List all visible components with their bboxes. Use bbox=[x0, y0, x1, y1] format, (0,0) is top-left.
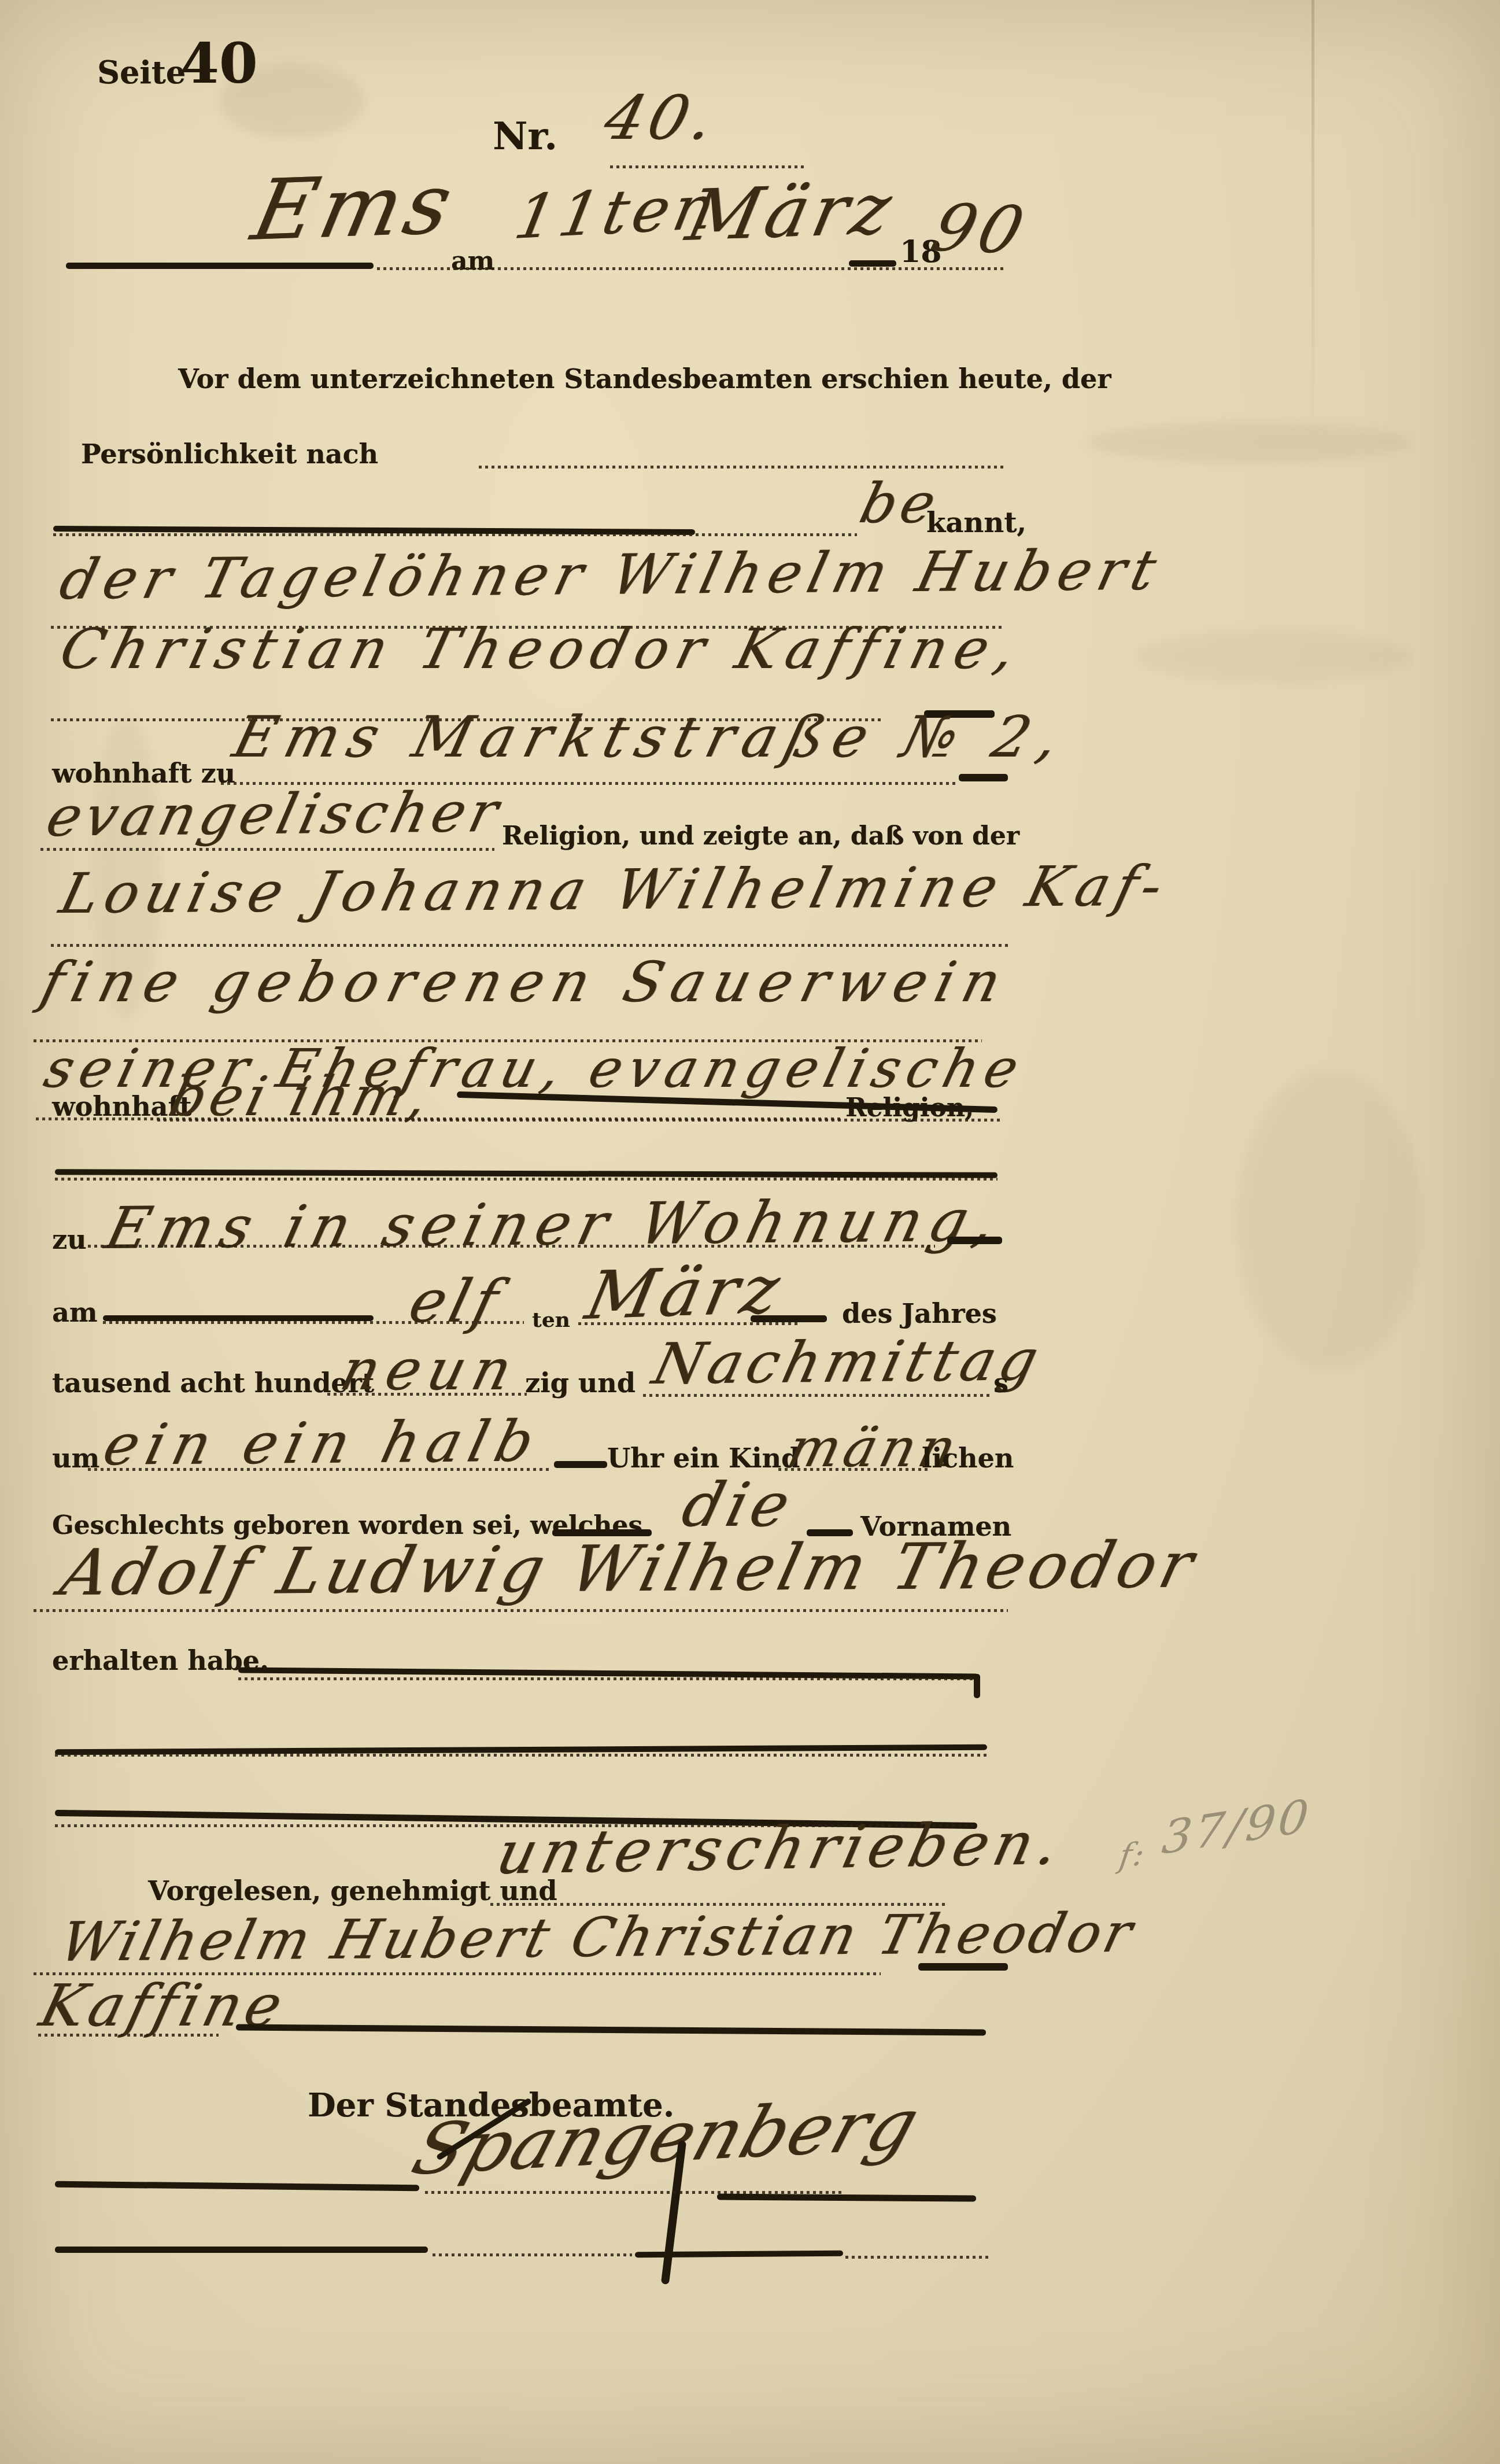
received-printed: erhalten habe. bbox=[52, 1647, 269, 1674]
article-handwritten: die bbox=[677, 1475, 800, 1536]
dateline-month: März bbox=[681, 174, 902, 251]
birthplace-label: zu bbox=[52, 1226, 87, 1253]
child-given-names: Adolf Ludwig Wilhelm Theodor bbox=[55, 1533, 1204, 1604]
declarant-residence: Ems Marktstraße № 2, bbox=[228, 709, 1073, 766]
ink-stroke bbox=[55, 2181, 419, 2192]
dotted-rule bbox=[88, 1245, 935, 1248]
dotted-rule bbox=[40, 848, 494, 851]
declarant-line2: Christian Theodor Kaffine, bbox=[55, 621, 1029, 677]
ink-stroke bbox=[717, 2193, 976, 2201]
sex-suffix-printed: lichen bbox=[922, 1445, 1014, 1471]
dotted-rule bbox=[55, 1754, 987, 1757]
dotted-rule bbox=[157, 1119, 1002, 1122]
ink-dash bbox=[751, 1315, 827, 1322]
year-tens-handwritten: neun bbox=[335, 1342, 525, 1399]
ink-filler-line bbox=[236, 2024, 986, 2035]
entry-number-value: 40. bbox=[598, 88, 724, 149]
ink-stroke-hook bbox=[974, 1674, 980, 1698]
mother-residence: bei ihm, bbox=[164, 1070, 438, 1124]
dotted-rule bbox=[53, 533, 857, 536]
dateline-place: Ems bbox=[246, 162, 463, 253]
pencil-note-prefix: f: bbox=[1117, 1838, 1148, 1873]
year-join-printed: zig und bbox=[525, 1370, 636, 1396]
dotted-rule bbox=[38, 2034, 219, 2037]
ink-dash bbox=[947, 1237, 1002, 1244]
dateline-am-label: am bbox=[451, 249, 494, 274]
mother-line2: fine geborenen Sauerwein bbox=[36, 954, 1015, 1010]
time-uhr-printed: Uhr ein Kind bbox=[607, 1445, 800, 1471]
dotted-rule bbox=[88, 1468, 551, 1471]
intro-line1: Vor dem unterzeichneten Standesbeamten e… bbox=[178, 366, 1111, 392]
ink-dash bbox=[554, 1461, 607, 1468]
birthdate-day-suffix: ten bbox=[532, 1310, 570, 1330]
ink-stroke bbox=[66, 263, 374, 269]
ink-dash bbox=[959, 774, 1008, 781]
paper-smudge bbox=[1133, 630, 1411, 683]
ink-stroke bbox=[55, 2247, 428, 2253]
daytime-suffix-printed: s bbox=[993, 1370, 1008, 1396]
page-label: Seite bbox=[97, 57, 186, 88]
birthdate-am-label: am bbox=[52, 1299, 97, 1326]
declarant-signature-line1: Wilhelm Hubert Christian Theodor bbox=[55, 1906, 1140, 1970]
known-printed: kannt, bbox=[926, 509, 1026, 537]
declarant-religion-printed: Religion, und zeigte an, daß von der bbox=[502, 824, 1019, 849]
time-handwritten: ein ein halb bbox=[98, 1413, 547, 1474]
birthdate-day: elf bbox=[404, 1272, 508, 1331]
declarant-line1: der Tagelöhner Wilhelm Hubert bbox=[55, 542, 1168, 607]
dateline-year: 90 bbox=[925, 196, 1035, 263]
dotted-rule bbox=[55, 1178, 997, 1181]
ink-dash bbox=[849, 260, 896, 267]
closing-handwritten: unterschrieben. bbox=[492, 1814, 1070, 1883]
dotted-rule bbox=[377, 267, 1004, 270]
dotted-rule bbox=[327, 1393, 527, 1396]
dotted-rule bbox=[479, 466, 1005, 469]
year-prefix-printed: tausend acht hundert bbox=[52, 1370, 374, 1396]
mother-line1: Louise Johanna Wilhelmine Kaf- bbox=[55, 858, 1174, 921]
dotted-rule bbox=[238, 1677, 978, 1680]
dotted-rule bbox=[433, 2253, 632, 2256]
ink-stroke bbox=[635, 2251, 843, 2258]
intro-line2: Persönlichkeit nach bbox=[81, 441, 378, 467]
page-number: 40 bbox=[180, 36, 258, 91]
dotted-rule bbox=[34, 1609, 1008, 1612]
dotted-rule bbox=[51, 944, 1008, 947]
birthdate-year-label: des Jahres bbox=[842, 1300, 997, 1327]
dotted-rule bbox=[845, 2256, 990, 2259]
paper-crease bbox=[1311, 0, 1314, 440]
ink-stroke bbox=[103, 1315, 374, 1321]
entry-number-label: Nr. bbox=[493, 117, 557, 155]
dotted-rule bbox=[643, 1394, 990, 1397]
declarant-religion: evangelischer bbox=[42, 784, 508, 844]
ink-filler-line bbox=[55, 1169, 997, 1178]
birth-register-page: Seite 40 Nr. 40. Ems am 11ten März 18 90… bbox=[0, 0, 1500, 2464]
paper-smudge bbox=[1237, 1070, 1423, 1371]
dotted-rule bbox=[578, 1322, 801, 1325]
daytime-handwritten: Nachmittag bbox=[648, 1332, 1047, 1393]
pencil-note: 37/90 bbox=[1160, 1793, 1313, 1861]
dotted-rule bbox=[610, 165, 804, 168]
paper-smudge bbox=[1087, 422, 1411, 463]
ink-dash bbox=[918, 1963, 1008, 1971]
